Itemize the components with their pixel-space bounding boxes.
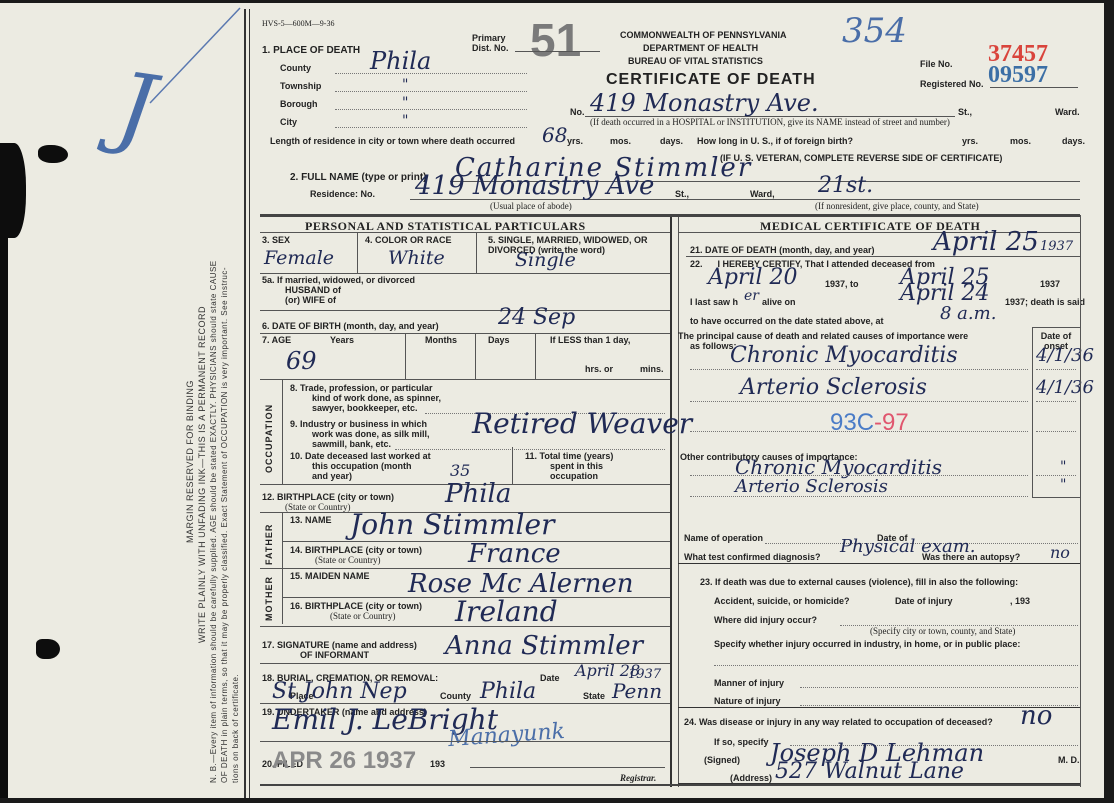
column-divider: [670, 217, 672, 787]
dob-label: 6. DATE OF BIRTH (month, day, and year): [262, 321, 439, 331]
us-residence-label: How long in U. S., if of foreign birth?: [697, 136, 853, 146]
occupation-related-label: 24. Was disease or injury in any way rel…: [684, 717, 993, 727]
md-label: M. D.: [1058, 755, 1080, 765]
marital-value: Single: [515, 249, 576, 271]
totaltime-label-2: spent in this: [550, 461, 603, 471]
registered-no-label: Registered No.: [920, 79, 984, 89]
residence-length-label: Length of residence in city or town wher…: [270, 136, 515, 146]
father-name-label: 13. NAME: [290, 515, 332, 525]
abode-note: (Usual place of abode): [490, 201, 572, 211]
residence-ward-label: Ward,: [750, 189, 775, 199]
age-mins-label: mins.: [640, 364, 664, 374]
filed-stamp: APR 26 1937: [272, 747, 416, 775]
residence-years: 68: [542, 123, 567, 147]
dob-value: 24 Sep: [498, 305, 575, 330]
test-label: What test confirmed diagnosis?: [684, 552, 821, 562]
age-label: 7. AGE: [262, 335, 291, 345]
state-header-2: DEPARTMENT OF HEALTH: [643, 43, 758, 53]
st-label: St.,: [958, 107, 972, 117]
nature-label: Nature of injury: [714, 696, 781, 706]
state-header-1: COMMONWEALTH OF PENNSYLVANIA: [620, 30, 787, 40]
nonresident-note: (If nonresident, give place, county, and…: [815, 201, 979, 211]
handwritten-number: 354: [842, 11, 907, 51]
mother-bp-label-1: 16. BIRTHPLACE (city or town): [290, 601, 422, 611]
trade-label-2: kind of work done, as spinner,: [312, 393, 441, 403]
occurred-time: 8 a.m.: [940, 303, 996, 324]
industry-value: Retired Weaver: [472, 407, 692, 440]
margin-line-1: MARGIN RESERVED FOR BINDING: [185, 380, 195, 543]
burial-county-label: County: [440, 691, 471, 701]
file-no-label: File No.: [920, 59, 953, 69]
age-value: 69: [286, 347, 317, 375]
autopsy-label: Was there an autopsy?: [922, 552, 1020, 562]
other-cause-2: Arterio Sclerosis: [735, 476, 888, 497]
registered-no-value: 09597: [988, 62, 1048, 89]
lastworked-value: 35: [450, 461, 470, 480]
operation-label: Name of operation: [684, 533, 763, 543]
street-value: 419 Monastry Ave.: [590, 89, 819, 117]
left-edge-shadow: [0, 238, 8, 798]
sex-value: Female: [264, 247, 334, 269]
age-hrs-label: hrs. or: [585, 364, 613, 374]
sex-label: 3. SEX: [262, 235, 290, 245]
margin-line-3: N. B.—Every item of information should b…: [209, 260, 218, 783]
burial-county-value: Phila: [480, 679, 536, 704]
race-label: 4. COLOR OR RACE: [365, 235, 452, 245]
autopsy-value: no: [1050, 543, 1070, 562]
state-header-3: BUREAU OF VITAL STATISTICS: [628, 56, 763, 66]
lastworked-label-2: this occupation (month: [312, 461, 412, 471]
county-label: County: [280, 63, 311, 73]
informant-value: Anna Stimmler: [445, 631, 643, 661]
father-name-value: John Stimmler: [350, 508, 554, 541]
cause-label-1: The principal cause of death and related…: [678, 331, 968, 341]
accident-label: Accident, suicide, or homicide?: [714, 596, 850, 606]
specify-label: Specify whether injury occurred in indus…: [714, 639, 1020, 649]
last-saw-label: I last saw h: [690, 297, 738, 307]
age-months-label: Months: [425, 335, 457, 345]
registered-line: [990, 87, 1078, 88]
hospital-note: (If death occurred in a HOSPITAL or INST…: [590, 117, 950, 127]
mother-name-label: 15. MAIDEN NAME: [290, 571, 370, 581]
birthplace-label-2: (State or Country): [285, 502, 351, 512]
primary-dist-label: Primary Dist. No.: [472, 33, 522, 53]
manner-label: Manner of injury: [714, 678, 784, 688]
birthplace-value: Phila: [445, 479, 511, 509]
dod-label: 21. DATE OF DEATH (month, day, and year): [690, 245, 875, 255]
father-side-label: FATHER: [264, 524, 274, 565]
informant-label-2: OF INFORMANT: [300, 650, 369, 660]
last-saw-year: 1937; death is said: [1005, 297, 1085, 307]
county-value: Phila: [370, 47, 431, 75]
father-bp-value: France: [468, 539, 561, 569]
mother-side-label: MOTHER: [264, 576, 274, 621]
dod-value: April 25: [933, 227, 1039, 257]
primary-dist-line: [515, 51, 600, 52]
industry-label-3: sawmill, bank, etc.: [312, 439, 391, 449]
trade-label-3: sawyer, bookkeeper, etc.: [312, 403, 418, 413]
if-so-label: If so, specify: [714, 737, 769, 747]
address-value: 527 Walnut Lane: [775, 759, 964, 784]
totaltime-label-1: 11. Total time (years): [525, 451, 613, 461]
informant-label-1: 17. SIGNATURE (name and address): [262, 640, 417, 650]
primary-dist-stamp: 51: [530, 13, 581, 67]
residence-st-label: St.,: [675, 189, 689, 199]
injury-year: , 193: [1010, 596, 1030, 606]
last-saw-pronoun: er: [744, 288, 759, 304]
other-onset-2: ": [1060, 477, 1066, 493]
city-value: ": [402, 113, 408, 129]
city-label: City: [280, 117, 297, 127]
burial-place-value: St John Nep: [272, 679, 407, 704]
code-stamp: 93C-97: [830, 409, 909, 437]
spouse-label-3: (or) WIFE of: [285, 295, 336, 305]
cause-2: Arterio Sclerosis: [740, 375, 927, 400]
attended-from: April 20: [708, 265, 798, 290]
place-of-death-label: 1. PLACE OF DEATH: [262, 45, 360, 56]
certificate-page: J MARGIN RESERVED FOR BINDING WRITE PLAI…: [0, 3, 1104, 798]
township-label: Township: [280, 81, 321, 91]
industry-label-1: 9. Industry or business in which: [290, 419, 427, 429]
margin-border: [244, 9, 246, 798]
signed-label: (Signed): [704, 755, 740, 765]
spouse-label-2: HUSBAND of: [285, 285, 341, 295]
mother-bp-value: Ireland: [455, 595, 558, 628]
age-years-label: Years: [330, 335, 354, 345]
alive-on-label: alive on: [762, 297, 796, 307]
lastworked-label-3: and year): [312, 471, 352, 481]
binding-hole: [38, 145, 68, 163]
age-days-label: Days: [488, 335, 510, 345]
attended-from-year: 1937, to: [825, 279, 859, 289]
where-note: (Specify city or town, county, and State…: [870, 626, 1015, 636]
age-less-label: If LESS than 1 day,: [550, 335, 630, 345]
residence-label: Residence: No.: [310, 189, 375, 199]
totaltime-label-3: occupation: [550, 471, 598, 481]
margin-line-4: OF DEATH in plain terms, so that it may …: [220, 267, 229, 783]
mother-bp-label-2: (State or Country): [330, 611, 396, 621]
residence-value: 419 Monastry Ave: [415, 171, 654, 201]
cause-1: Chronic Myocarditis: [730, 343, 958, 368]
veteran-note: (IF U. S. VETERAN, COMPLETE REVERSE SIDE…: [720, 153, 1002, 163]
race-value: White: [388, 247, 445, 269]
margin-instructions: MARGIN RESERVED FOR BINDING WRITE PLAINL…: [175, 23, 245, 783]
registrar-label: Registrar.: [620, 773, 656, 783]
filed-year: 193: [430, 759, 445, 769]
form-code: HVS-5—600M—9-36: [262, 19, 334, 28]
father-bp-label-1: 14. BIRTHPLACE (city or town): [290, 545, 422, 555]
ward-label: Ward.: [1055, 107, 1080, 117]
torn-edge: [0, 143, 26, 238]
spouse-label-1: 5a. If married, widowed, or divorced: [262, 275, 415, 285]
street-no-label: No.: [570, 107, 585, 117]
certificate-title: CERTIFICATE OF DEATH: [606, 71, 816, 89]
burial-date-label: Date: [540, 673, 560, 683]
father-bp-label-2: (State or Country): [315, 555, 381, 565]
where-label: Where did injury occur?: [714, 615, 817, 625]
attended-to-year: 1937: [1040, 279, 1060, 289]
township-value: ": [402, 77, 408, 93]
residence-ward-value: 21st.: [818, 173, 873, 198]
address-label: (Address): [730, 773, 772, 783]
industry-label-2: work was done, as silk mill,: [312, 429, 430, 439]
occurred-label: to have occurred on the date stated abov…: [690, 316, 884, 326]
other-onset-1: ": [1060, 459, 1066, 475]
dod-year: 1937: [1040, 239, 1073, 254]
trade-label-1: 8. Trade, profession, or particular: [290, 383, 433, 393]
certificate-form: HVS-5—600M—9-36 Primary Dist. No. 51 COM…: [250, 3, 1086, 798]
margin-line-2: WRITE PLAINLY WITH UNFADING INK—THIS IS …: [197, 306, 207, 643]
onset-1: 4/1/36: [1036, 345, 1094, 366]
external-label: 23. If death was due to external causes …: [700, 577, 1018, 587]
full-name-label: 2. FULL NAME (type or print): [290, 172, 426, 183]
burial-state-value: Penn: [612, 679, 662, 703]
borough-label: Borough: [280, 99, 318, 109]
borough-value: ": [402, 95, 408, 111]
occupation-side-label: OCCUPATION: [264, 404, 274, 473]
lastworked-label-1: 10. Date deceased last worked at: [290, 451, 431, 461]
injury-date-label: Date of injury: [895, 596, 953, 606]
margin-line-5: tions on back of certificate.: [231, 674, 240, 783]
onset-2: 4/1/36: [1036, 377, 1094, 398]
burial-state-label: State: [583, 691, 605, 701]
binding-hole: [36, 639, 60, 659]
occupation-related-value: no: [1020, 701, 1052, 731]
birthplace-label-1: 12. BIRTHPLACE (city or town): [262, 492, 394, 502]
